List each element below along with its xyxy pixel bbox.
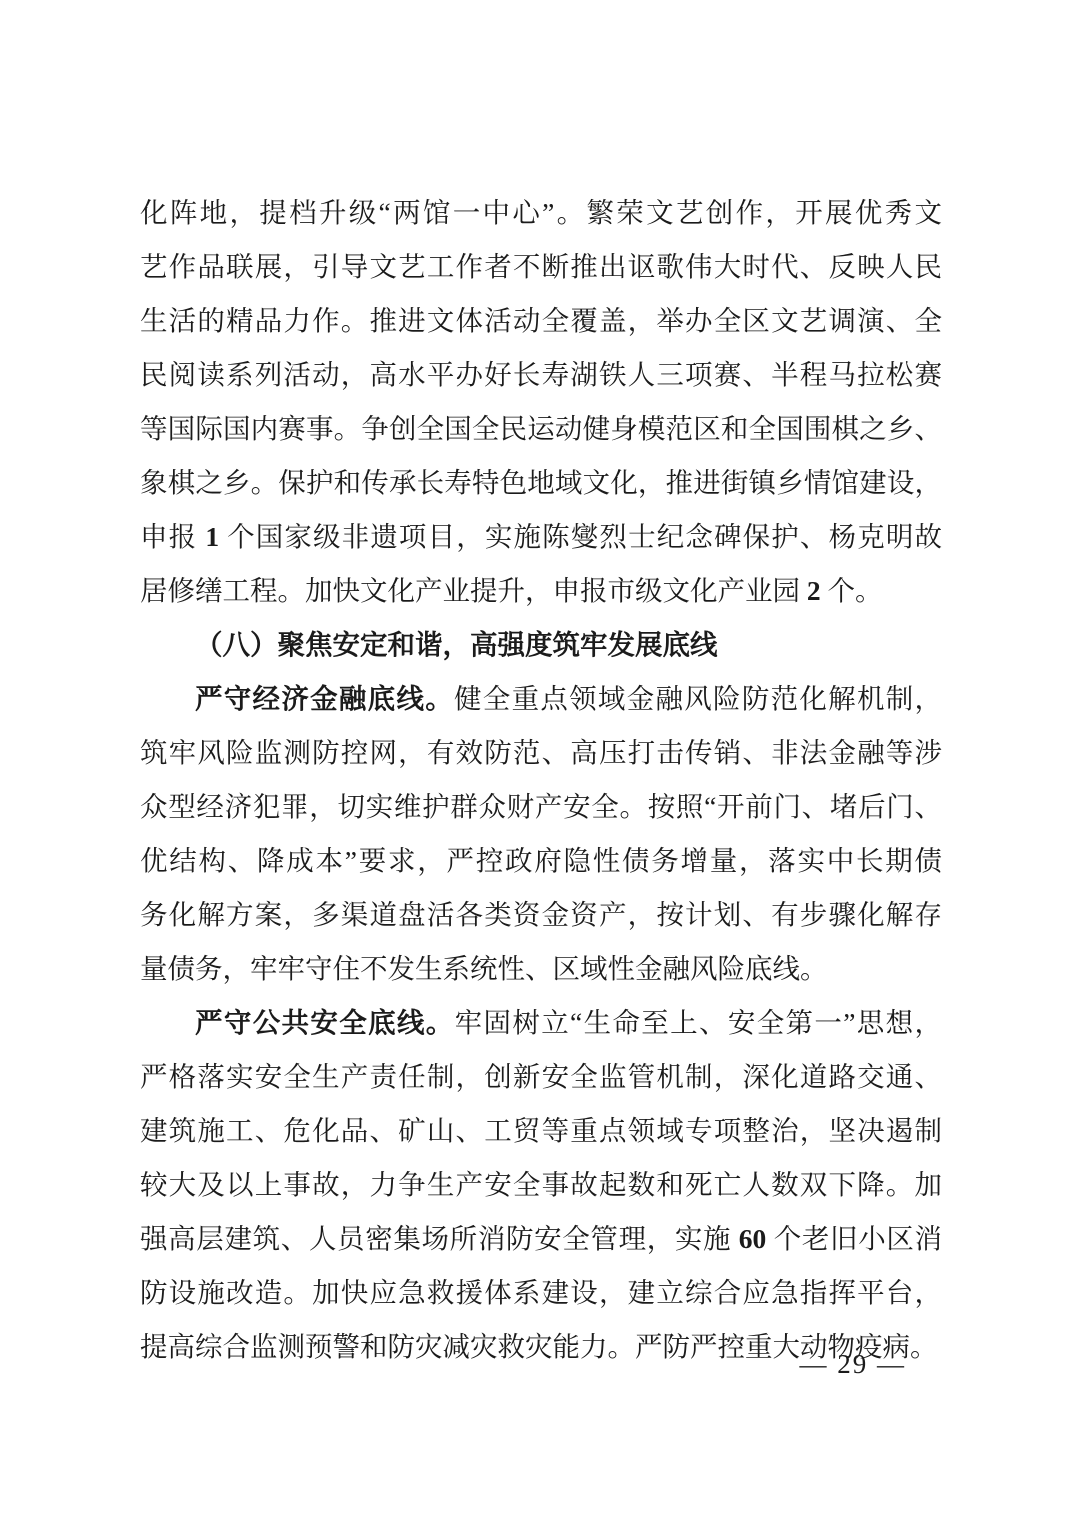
text-segment: 筑牢风险监测防控网，有效防范、高压打击传销、非法金融等涉: [140, 737, 942, 768]
text-line: 众型经济犯罪，切实维护群众财产安全。按照“开前门、堵后门、: [140, 780, 942, 834]
text-line: 化阵地，提档升级“两馆一中心”。繁荣文艺创作，开展优秀文: [140, 186, 942, 240]
text-line: 象棋之乡。保护和传承长寿特色地域文化，推进街镇乡情馆建设，: [140, 456, 942, 510]
bold-text-segment: 严守经济金融底线。: [195, 683, 454, 714]
text-segment: 强高层建筑、人员密集场所消防安全管理，实施: [140, 1223, 739, 1254]
text-line: 较大及以上事故，力争生产安全事故起数和死亡人数双下降。加: [140, 1158, 942, 1212]
text-segment: 众型经济犯罪，切实维护群众财产安全。按照“开前门、堵后门、: [140, 791, 942, 822]
text-segment: 健全重点领域金融风险防范化解机制，: [454, 683, 942, 714]
text-segment: 化阵地，提档升级“两馆一中心”。繁荣文艺创作，开展优秀文: [140, 197, 942, 228]
bold-text-segment: 60: [739, 1223, 767, 1254]
text-segment: 艺作品联展，引导文艺工作者不断推出讴歌伟大时代、反映人民: [140, 251, 942, 282]
bold-text-segment: 严守公共安全底线。: [195, 1007, 455, 1038]
bold-text-segment: 1: [205, 521, 219, 552]
text-segment: 牢固树立“生命至上、安全第一”思想，: [455, 1007, 942, 1038]
text-segment: 生活的精品力作。推进文体活动全覆盖，举办全区文艺调演、全: [140, 305, 942, 336]
page-number: — 29 —: [800, 1348, 907, 1380]
text-segment: 量债务，牢牢守住不发生系统性、区域性金融风险底线。: [140, 953, 828, 984]
text-segment: 务化解方案，多渠道盘活各类资金资产，按计划、有步骤化解存: [140, 899, 942, 930]
text-segment: 严格落实安全生产责任制，创新安全监管机制，深化道路交通、: [140, 1061, 942, 1092]
text-line: 生活的精品力作。推进文体活动全覆盖，举办全区文艺调演、全: [140, 294, 942, 348]
section-heading: （八）聚焦安定和谐，高强度筑牢发展底线: [140, 618, 942, 672]
text-segment: 申报: [140, 521, 205, 552]
text-line: 严守公共安全底线。牢固树立“生命至上、安全第一”思想，: [140, 996, 942, 1050]
text-line: 严格落实安全生产责任制，创新安全监管机制，深化道路交通、: [140, 1050, 942, 1104]
text-line: 量债务，牢牢守住不发生系统性、区域性金融风险底线。: [140, 942, 942, 996]
text-line: 务化解方案，多渠道盘活各类资金资产，按计划、有步骤化解存: [140, 888, 942, 942]
text-segment: 较大及以上事故，力争生产安全事故起数和死亡人数双下降。加: [140, 1169, 942, 1200]
bold-text-segment: 2: [807, 575, 821, 606]
text-line: 严守经济金融底线。健全重点领域金融风险防范化解机制，: [140, 672, 942, 726]
bold-text-segment: （八）聚焦安定和谐，高强度筑牢发展底线: [195, 629, 718, 660]
text-segment: 个。: [821, 575, 883, 606]
text-segment: 等国际国内赛事。争创全国全民运动健身模范区和全国围棋之乡、: [140, 413, 942, 444]
text-line: 申报 1 个国家级非遗项目，实施陈燮烈士纪念碑保护、杨克明故: [140, 510, 942, 564]
text-segment: 个国家级非遗项目，实施陈燮烈士纪念碑保护、杨克明故: [219, 521, 942, 552]
text-segment: 防设施改造。加快应急救援体系建设，建立综合应急指挥平台，: [140, 1277, 942, 1308]
text-segment: 个老旧小区消: [766, 1223, 942, 1254]
document-page: 化阵地，提档升级“两馆一中心”。繁荣文艺创作，开展优秀文艺作品联展，引导文艺工作…: [0, 0, 1074, 1520]
text-line: 防设施改造。加快应急救援体系建设，建立综合应急指挥平台，: [140, 1266, 942, 1320]
text-segment: 优结构、降成本”要求，严控政府隐性债务增量，落实中长期债: [140, 845, 942, 876]
text-block: 化阵地，提档升级“两馆一中心”。繁荣文艺创作，开展优秀文艺作品联展，引导文艺工作…: [140, 186, 942, 1374]
text-line: 建筑施工、危化品、矿山、工贸等重点领域专项整治，坚决遏制: [140, 1104, 942, 1158]
text-line: 艺作品联展，引导文艺工作者不断推出讴歌伟大时代、反映人民: [140, 240, 942, 294]
text-line: 筑牢风险监测防控网，有效防范、高压打击传销、非法金融等涉: [140, 726, 942, 780]
text-line: 强高层建筑、人员密集场所消防安全管理，实施 60 个老旧小区消: [140, 1212, 942, 1266]
text-line: 民阅读系列活动，高水平办好长寿湖铁人三项赛、半程马拉松赛: [140, 348, 942, 402]
text-segment: 居修缮工程。加快文化产业提升，申报市级文化产业园: [140, 575, 807, 606]
text-segment: 建筑施工、危化品、矿山、工贸等重点领域专项整治，坚决遏制: [140, 1115, 942, 1146]
text-line: 居修缮工程。加快文化产业提升，申报市级文化产业园 2 个。: [140, 564, 942, 618]
text-line: 等国际国内赛事。争创全国全民运动健身模范区和全国围棋之乡、: [140, 402, 942, 456]
text-segment: 民阅读系列活动，高水平办好长寿湖铁人三项赛、半程马拉松赛: [140, 359, 942, 390]
text-segment: 象棋之乡。保护和传承长寿特色地域文化，推进街镇乡情馆建设，: [140, 467, 942, 498]
text-line: 优结构、降成本”要求，严控政府隐性债务增量，落实中长期债: [140, 834, 942, 888]
